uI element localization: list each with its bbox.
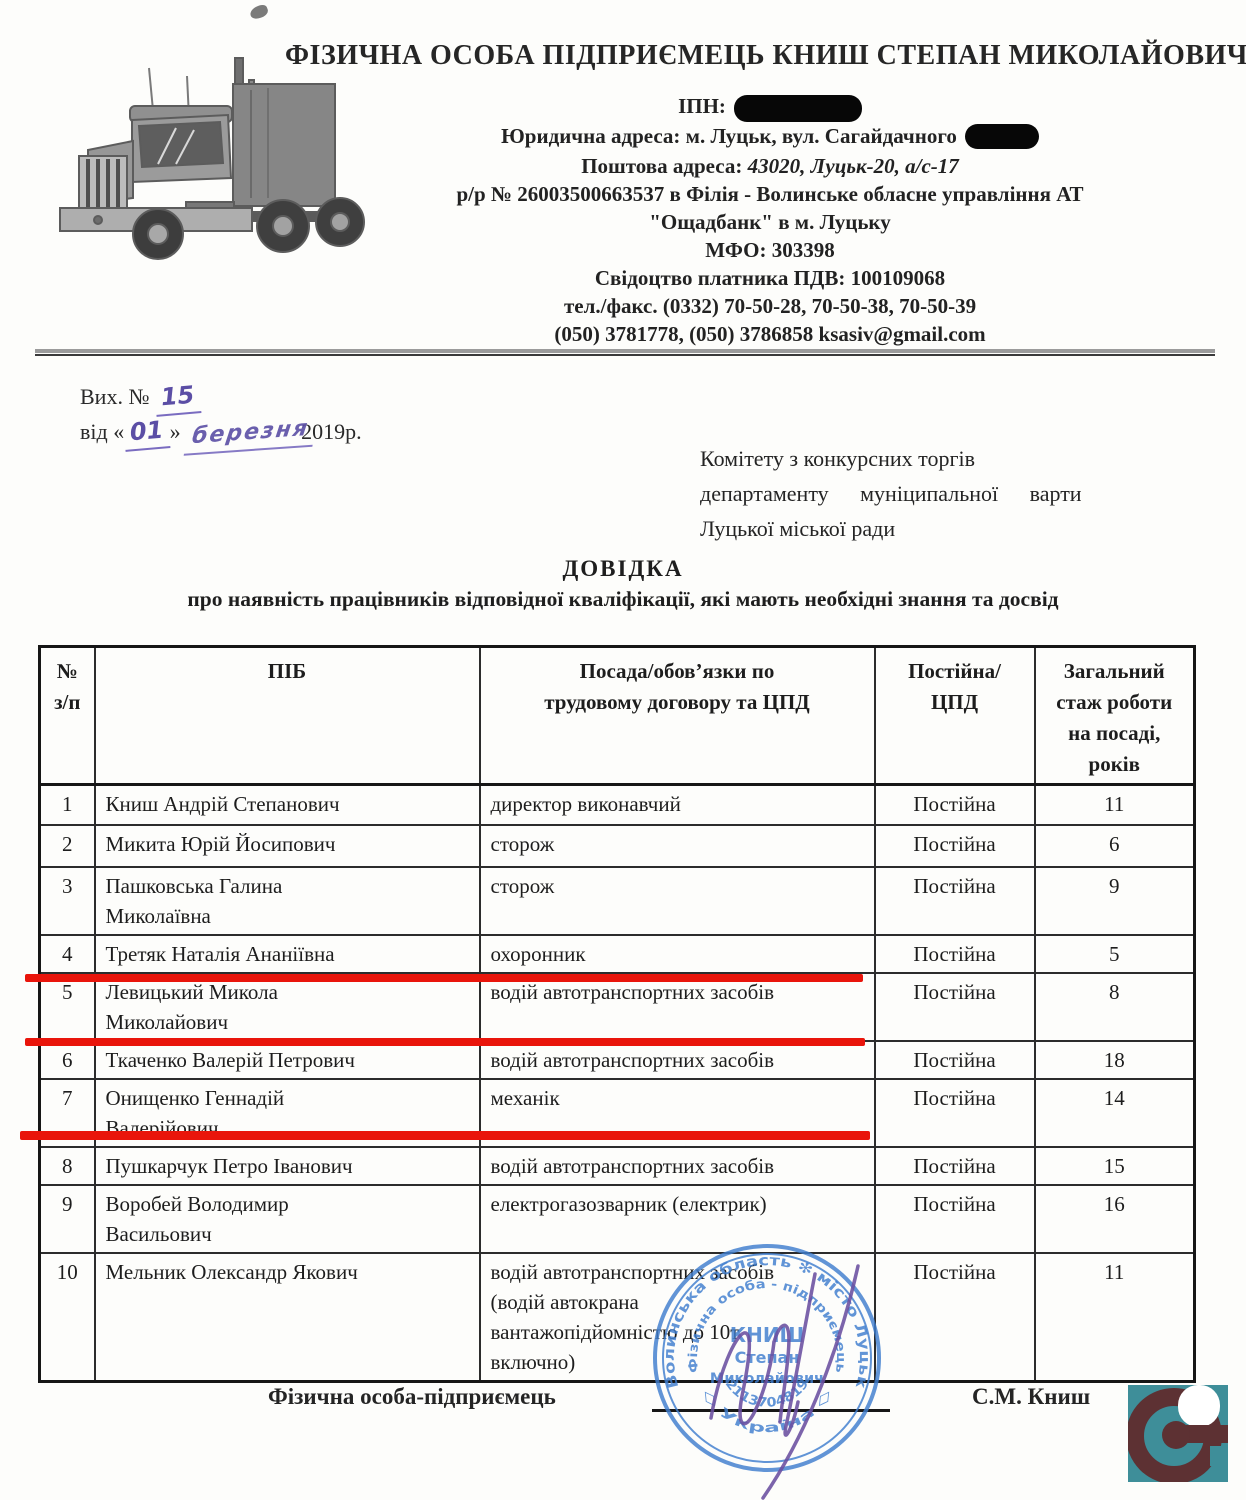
company-title: ФІЗИЧНА ОСОБА ПІДПРИЄМЕЦЬ КНИШ СТЕПАН МИ… bbox=[285, 40, 1246, 72]
bank-account-line: р/р № 26003500663537 в Філія - Волинське… bbox=[300, 180, 1240, 208]
addressee-line: Луцької міської ради bbox=[700, 511, 1180, 546]
round-seal-stamp: Волинська область ✻ місто Луцьк Фізична … bbox=[645, 1230, 895, 1500]
employee-position: водій автотранспортних засобів bbox=[480, 1041, 875, 1079]
column-header-number: № з/п bbox=[40, 647, 95, 785]
employment-type: Постійна bbox=[875, 1185, 1035, 1253]
vat-certificate-line: Свідоцтво платника ПДВ: 100109068 bbox=[300, 264, 1240, 292]
experience-years: 9 bbox=[1035, 867, 1195, 935]
document-title: ДОВІДКА bbox=[0, 556, 1246, 582]
experience-years: 15 bbox=[1035, 1147, 1195, 1185]
stamp-country: ◇ Україна ◇ bbox=[699, 1387, 835, 1436]
outgoing-reference: Вих. № 15 від «01» березня2019р. bbox=[80, 380, 362, 451]
experience-years: 16 bbox=[1035, 1185, 1195, 1253]
footer-role-label: Фізична особа-підприємець bbox=[268, 1384, 556, 1410]
legal-address-line: Юридична адреса: м. Луцьк, вул. Сагайдач… bbox=[300, 122, 1240, 152]
employment-type: Постійна bbox=[875, 1041, 1035, 1079]
handwritten-month: березня bbox=[184, 411, 318, 455]
employee-name: Пашковська Галина Миколаївна bbox=[95, 867, 480, 935]
scan-smudge bbox=[248, 3, 269, 20]
ipn-label: ІПН: bbox=[678, 94, 726, 118]
employee-position: директор виконавчий bbox=[480, 785, 875, 825]
employment-type: Постійна bbox=[875, 973, 1035, 1041]
column-header-experience: Загальний стаж роботи на посаді, років bbox=[1035, 647, 1195, 785]
employee-number: 1 bbox=[40, 785, 95, 825]
addressee-line: департаменту муніципальної варти bbox=[700, 476, 1180, 511]
employee-number: 8 bbox=[40, 1147, 95, 1185]
employee-number: 3 bbox=[40, 867, 95, 935]
table-row: 4 Третяк Наталія Ананіївна охоронник Пос… bbox=[40, 935, 1195, 973]
outgoing-number-line: Вих. № 15 bbox=[80, 380, 362, 415]
table-row: 9 Воробей Володимир Васильович електрога… bbox=[40, 1185, 1195, 1253]
employment-type: Постійна bbox=[875, 1079, 1035, 1147]
header-divider-rule bbox=[35, 354, 1215, 356]
qualification-table: № з/п ПІБ Посада/обов’язки по трудовому … bbox=[38, 645, 1196, 1383]
document-subtitle: про наявність працівників відповідної кв… bbox=[20, 587, 1226, 612]
employee-name: Книш Андрій Степанович bbox=[95, 785, 480, 825]
handwritten-day: 01 bbox=[123, 413, 171, 452]
employee-name: Пушкарчук Петро Іванович bbox=[95, 1147, 480, 1185]
experience-years: 18 bbox=[1035, 1041, 1195, 1079]
ipn-line: ІПН: bbox=[300, 92, 1240, 122]
red-underline-row5 bbox=[25, 974, 863, 982]
employee-number: 5 bbox=[40, 973, 95, 1041]
mfo-line: МФО: 303398 bbox=[300, 236, 1240, 264]
corner-logo-icon bbox=[1128, 1385, 1228, 1482]
table-row: 1 Книш Андрій Степанович директор викона… bbox=[40, 785, 1195, 825]
table-row: 2 Микита Юрій Йосипович сторож Постійна … bbox=[40, 825, 1195, 867]
outgoing-date-line: від «01» березня2019р. bbox=[80, 415, 362, 451]
table-row: 8 Пушкарчук Петро Іванович водій автотра… bbox=[40, 1147, 1195, 1185]
table-row: 5 Левицький Микола Миколайович водій авт… bbox=[40, 973, 1195, 1041]
employee-name: Левицький Микола Миколайович bbox=[95, 973, 480, 1041]
employment-type: Постійна bbox=[875, 1253, 1035, 1382]
handwritten-number: 15 bbox=[153, 378, 201, 417]
addressee-line: Комітету з конкурсних торгів bbox=[700, 441, 1180, 476]
employment-type: Постійна bbox=[875, 935, 1035, 973]
employee-number: 6 bbox=[40, 1041, 95, 1079]
employee-number: 9 bbox=[40, 1185, 95, 1253]
redaction-bar bbox=[965, 124, 1039, 149]
experience-years: 6 bbox=[1035, 825, 1195, 867]
postal-address-line: Поштова адреса: 43020, Луцьк-20, а/с-17 bbox=[300, 152, 1240, 180]
employee-position: охоронник bbox=[480, 935, 875, 973]
employee-position: сторож bbox=[480, 825, 875, 867]
table-row: 3 Пашковська Галина Миколаївна сторож По… bbox=[40, 867, 1195, 935]
employee-number: 10 bbox=[40, 1253, 95, 1382]
employee-number: 4 bbox=[40, 935, 95, 973]
column-header-position: Посада/обов’язки по трудовому договору т… bbox=[480, 647, 875, 785]
bank-name-line: "Ощадбанк" в м. Луцьку bbox=[300, 208, 1240, 236]
table-row: 6 Ткаченко Валерій Петрович водій автотр… bbox=[40, 1041, 1195, 1079]
employee-position: водій автотранспортних засобів bbox=[480, 973, 875, 1041]
employment-type: Постійна bbox=[875, 867, 1035, 935]
phone-fax-line: тел./факс. (0332) 70-50-28, 70-50-38, 70… bbox=[300, 292, 1240, 320]
red-underline-row6 bbox=[25, 1038, 865, 1046]
redaction-bar bbox=[734, 95, 862, 122]
column-header-name: ПІБ bbox=[95, 647, 480, 785]
experience-years: 11 bbox=[1035, 785, 1195, 825]
employment-type: Постійна bbox=[875, 825, 1035, 867]
employee-number: 2 bbox=[40, 825, 95, 867]
employee-name: Воробей Володимир Васильович bbox=[95, 1185, 480, 1253]
contact-block: ІПН: Юридична адреса: м. Луцьк, вул. Саг… bbox=[300, 92, 1240, 348]
employee-name: Ткаченко Валерій Петрович bbox=[95, 1041, 480, 1079]
red-underline-row8 bbox=[20, 1131, 870, 1140]
employee-position: водій автотранспортних засобів bbox=[480, 1147, 875, 1185]
header-divider-rule bbox=[35, 349, 1215, 353]
experience-years: 11 bbox=[1035, 1253, 1195, 1382]
experience-years: 14 bbox=[1035, 1079, 1195, 1147]
employment-type: Постійна bbox=[875, 785, 1035, 825]
scanned-document-page: ФІЗИЧНА ОСОБА ПІДПРИЄМЕЦЬ КНИШ СТЕПАН МИ… bbox=[0, 0, 1246, 1500]
employment-type: Постійна bbox=[875, 1147, 1035, 1185]
employee-position: сторож bbox=[480, 867, 875, 935]
addressee-block: Комітету з конкурсних торгів департамент… bbox=[700, 441, 1180, 546]
experience-years: 8 bbox=[1035, 973, 1195, 1041]
signer-name: С.М. Книш bbox=[972, 1384, 1090, 1410]
employee-name: Третяк Наталія Ананіївна bbox=[95, 935, 480, 973]
experience-years: 5 bbox=[1035, 935, 1195, 973]
column-header-employment: Постійна/ ЦПД bbox=[875, 647, 1035, 785]
employee-name: Микита Юрій Йосипович bbox=[95, 825, 480, 867]
employee-name: Мельник Олександр Якович bbox=[95, 1253, 480, 1382]
svg-text:◇ Україна ◇: ◇ Україна ◇ bbox=[699, 1387, 835, 1436]
table-row: 10 Мельник Олександр Якович водій автотр… bbox=[40, 1253, 1195, 1382]
phones-email-line: (050) 3781778, (050) 3786858 ksasiv@gmai… bbox=[300, 320, 1240, 348]
